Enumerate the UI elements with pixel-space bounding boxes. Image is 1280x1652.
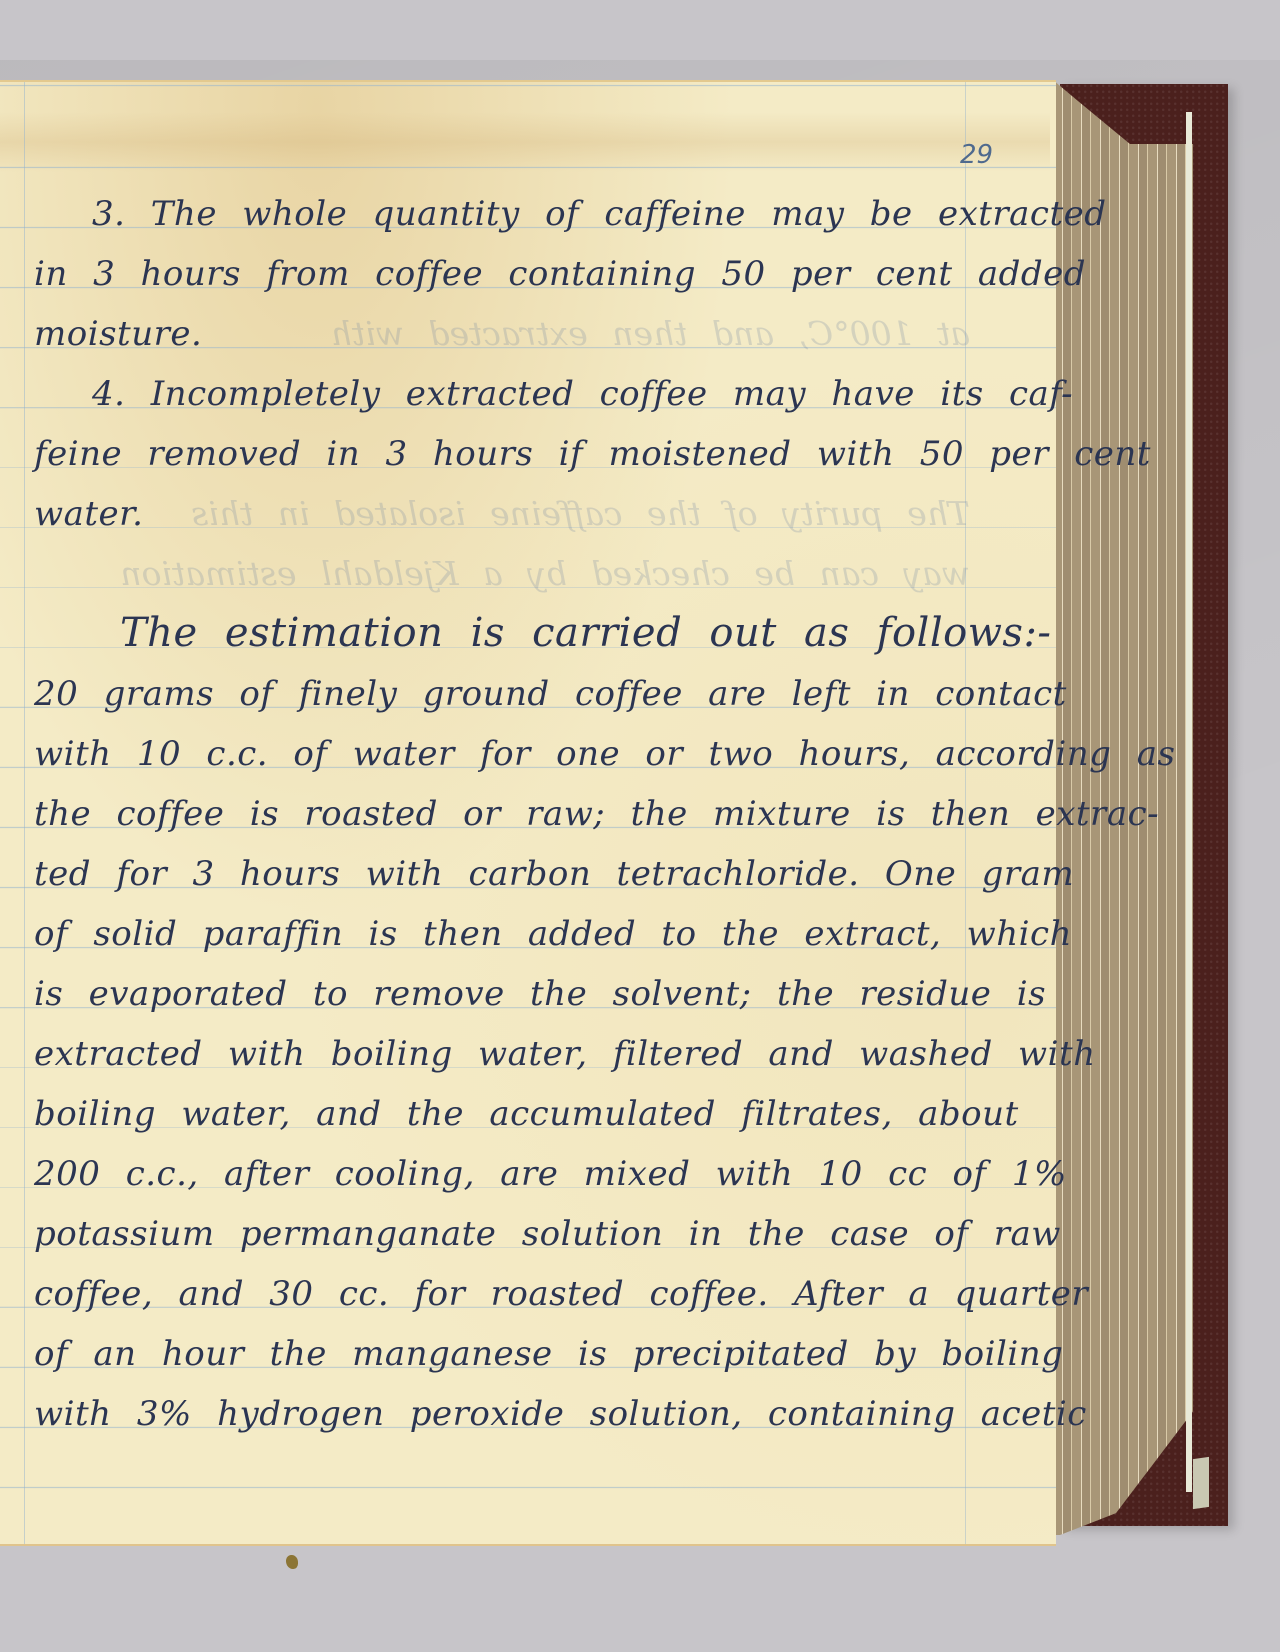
page-number: 29 — [960, 140, 993, 170]
text-line: extracted with boiling water, filtered a… — [34, 1034, 964, 1094]
text-line: 200 c.c., after cooling, are mixed with … — [34, 1154, 964, 1214]
text-line: ted for 3 hours with carbon tetrachlorid… — [34, 854, 964, 914]
text-line: the coffee is roasted or raw; the mixtur… — [34, 794, 964, 854]
text-line: coffee, and 30 cc. for roasted coffee. A… — [34, 1274, 964, 1334]
text-line: is evaporated to remove the solvent; the… — [34, 974, 964, 1034]
text-line-heading: The estimation is carried out as follows… — [120, 610, 1050, 670]
ink-stain — [286, 1555, 298, 1569]
text-line: 3. The whole quantity of caffeine may be… — [92, 194, 1022, 254]
show-through-text: way can be checked by a Kjeldahl estimat… — [40, 554, 970, 614]
text-line: potassium permanganate solution in the c… — [34, 1214, 964, 1274]
flyleaf-edge — [1186, 112, 1192, 1492]
text-line: moisture. — [34, 314, 964, 374]
text-line: feine removed in 3 hours if moistened wi… — [34, 434, 964, 494]
text-line: 20 grams of finely ground coffee are lef… — [34, 674, 964, 734]
text-line: in 3 hours from coffee containing 50 per… — [34, 254, 964, 314]
text-line: of solid paraffin is then added to the e… — [34, 914, 964, 974]
text-line: boiling water, and the accumulated filtr… — [34, 1094, 964, 1154]
left-margin-line — [24, 82, 25, 1544]
text-line: with 10 c.c. of water for one or two hou… — [34, 734, 964, 794]
text-line: 4. Incompletely extracted coffee may hav… — [92, 374, 1022, 434]
text-line: water. — [34, 494, 964, 554]
text-line: with 3% hydrogen peroxide solution, cont… — [34, 1394, 964, 1454]
notebook-page: 29 at 100°C, and then extracted with The… — [0, 80, 1056, 1546]
text-line: of an hour the manganese is precipitated… — [34, 1334, 964, 1394]
corner-tab — [1193, 1457, 1209, 1509]
